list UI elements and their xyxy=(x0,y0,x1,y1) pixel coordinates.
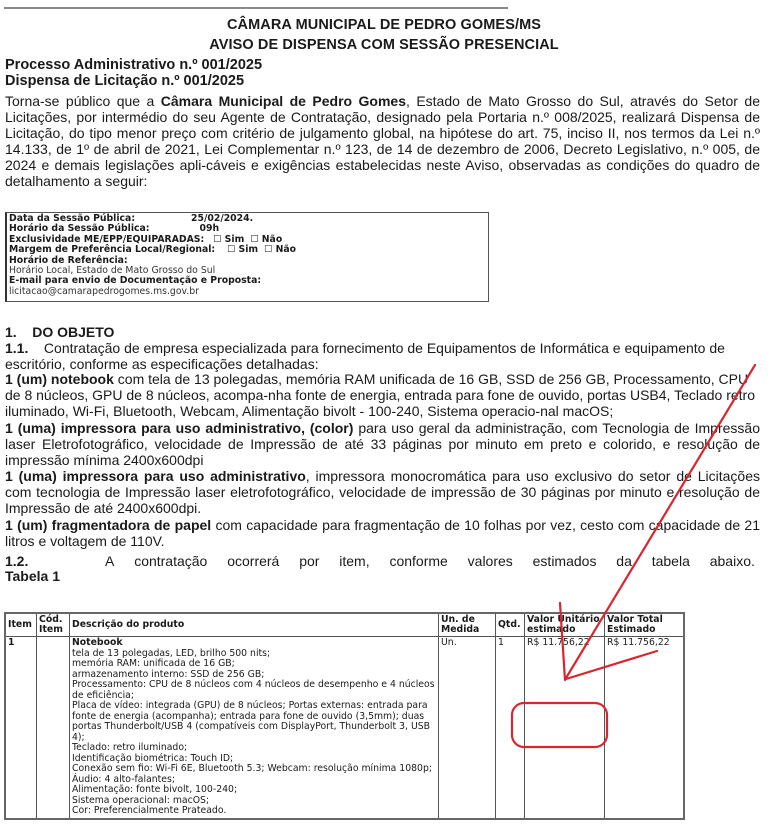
session-time-label: Horário da Sessão Pública: xyxy=(9,223,150,234)
header-item: Item xyxy=(5,613,37,637)
table-label: Tabela 1 xyxy=(5,568,60,584)
exclusivity-yes-checkbox[interactable]: ☐ Sim xyxy=(213,234,244,245)
word: valores xyxy=(468,553,513,569)
top-rule xyxy=(4,7,508,9)
document-page: CÂMARA MUNICIPAL DE PEDRO GOMES/MS AVISO… xyxy=(0,0,781,824)
desc-line: Conexão sem fio: Wi-Fi 6E, Bluetooth 5.3… xyxy=(72,764,436,775)
desc-title: Notebook xyxy=(72,638,436,649)
word: por xyxy=(299,553,319,569)
details-box: Data da Sessão Pública:25/02/2024. Horár… xyxy=(5,212,489,302)
session-date-label: Data da Sessão Pública: xyxy=(9,213,135,224)
word: ocorrerá xyxy=(227,553,279,569)
email-value: licitacao@camarapedrogomes.ms.gov.br xyxy=(9,287,488,297)
item-mono-printer-bold: 1 (uma) impressora para uso administrati… xyxy=(5,468,306,484)
org-title: CÂMARA MUNICIPAL DE PEDRO GOMES/MS xyxy=(0,17,768,33)
header-unit: Un. de Medida xyxy=(439,613,496,637)
item-notebook-text: com tela de 13 polegadas, memória RAM un… xyxy=(5,371,755,419)
desc-line: Cor: Preferencialmente Prateado. xyxy=(72,806,436,817)
word: contratação xyxy=(134,553,207,569)
table-header-row: Item Cód. Item Descrição do produto Un. … xyxy=(5,613,684,637)
cell-desc: Notebook tela de 13 polegadas, LED, bril… xyxy=(70,637,439,819)
section-1-2: 1.2.Acontrataçãoocorreráporitem,conforme… xyxy=(5,553,760,569)
word: estimados xyxy=(533,553,597,569)
header-unit-value: Valor Unitário estimado xyxy=(525,613,605,637)
cell-unit-value: R$ 11.756,22 xyxy=(525,637,605,819)
section-title: 1. DO OBJETO xyxy=(5,324,760,340)
cell-unit: Un. xyxy=(439,637,496,819)
intro-lead: Torna-se público que a xyxy=(5,93,161,109)
session-time-value: 09h xyxy=(200,223,220,234)
process-number: Processo Administrativo n.º 001/2025 xyxy=(5,57,262,73)
cell-qty: 1 xyxy=(496,637,525,819)
section-1-1: 1.1. Contratação de empresa especializad… xyxy=(5,340,760,372)
item-notebook: 1 (um) notebook com tela de 13 polegadas… xyxy=(5,371,760,419)
email-label: E-mail para envio de Documentação e Prop… xyxy=(9,275,261,286)
items-table: Item Cód. Item Descrição do produto Un. … xyxy=(4,612,685,820)
section-1-1-text: Contratação de empresa especializada par… xyxy=(5,340,725,372)
section-1-2-number: 1.2. xyxy=(5,553,105,569)
notice-title: AVISO DE DISPENSA COM SESSÃO PRESENCIAL xyxy=(0,37,768,53)
word: tabela xyxy=(652,553,690,569)
margin-no-checkbox[interactable]: ☐ Não xyxy=(264,244,296,255)
word: abaixo. xyxy=(710,553,755,569)
intro-paragraph: Torna-se público que a Câmara Municipal … xyxy=(5,93,760,189)
table-row: 1 Notebook tela de 13 polegadas, LED, br… xyxy=(5,637,684,819)
section-1-1-number: 1.1. xyxy=(5,340,28,356)
desc-line: Teclado: retro iluminado; xyxy=(72,743,436,754)
item-color-printer-bold: 1 (uma) impressora para uso administrati… xyxy=(5,420,353,436)
session-date-value: 25/02/2024. xyxy=(191,213,253,224)
desc-line: Processamento: CPU de 8 núcleos com 4 nú… xyxy=(72,680,436,701)
section-1-2-text: Acontrataçãoocorreráporitem,conformevalo… xyxy=(105,553,755,569)
reference-time-label: Horário de Referência: xyxy=(9,255,128,266)
header-desc: Descrição do produto xyxy=(70,613,439,637)
dispensa-number: Dispensa de Licitação n.º 001/2025 xyxy=(5,73,244,89)
margin-yes-checkbox[interactable]: ☐ Sim xyxy=(227,244,258,255)
word: da xyxy=(616,553,632,569)
desc-line: Placa de vídeo: integrada (GPU) de 8 núc… xyxy=(72,701,436,743)
word: conforme xyxy=(389,553,447,569)
item-shredder: 1 (um) fragmentadora de papel com capaci… xyxy=(5,517,760,549)
exclusivity-label: Exclusividade ME/EPP/EQUIPARADAS: xyxy=(9,234,204,245)
item-notebook-bold: 1 (um) notebook xyxy=(5,371,114,387)
desc-line: Alimentação: fonte bivolt, 100-240; xyxy=(72,785,436,796)
cell-cod xyxy=(37,637,70,819)
cell-item: 1 xyxy=(5,637,37,819)
word: A xyxy=(105,553,114,569)
item-color-printer: 1 (uma) impressora para uso administrati… xyxy=(5,420,760,468)
exclusivity-no-checkbox[interactable]: ☐ Não xyxy=(250,234,282,245)
cell-total-value: R$ 11.756,22 xyxy=(605,637,685,819)
desc-line: memória RAM: unificada de 16 GB; xyxy=(72,659,436,670)
margin-label: Margem de Preferência Local/Regional: xyxy=(9,244,215,255)
item-mono-printer: 1 (uma) impressora para uso administrati… xyxy=(5,468,760,516)
header-total-value: Valor Total Estimado xyxy=(605,613,685,637)
header-cod: Cód. Item xyxy=(37,613,70,637)
item-shredder-bold: 1 (um) fragmentadora de papel xyxy=(5,517,211,533)
word: item, xyxy=(339,553,369,569)
header-qty: Qtd. xyxy=(496,613,525,637)
intro-entity: Câmara Municipal de Pedro Gomes xyxy=(161,93,406,109)
desc-lines: tela de 13 polegadas, LED, brilho 500 ni… xyxy=(72,649,436,817)
